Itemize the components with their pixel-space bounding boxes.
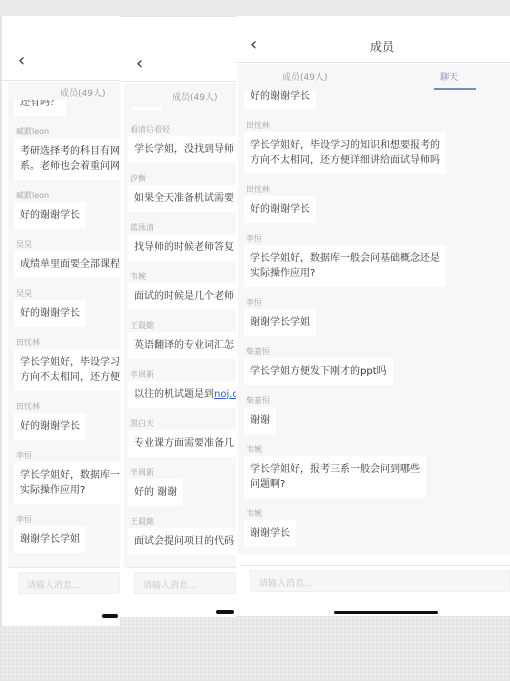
message-bubble: 英语翻译的专业词汇怎 [128, 332, 236, 359]
message-list[interactable]: 好的谢谢学长 田忱林学长学姐好，毕设学习的知识和想要报考的 方向不太相同，还方便… [244, 84, 510, 554]
chat-screen-1: ‹ 还有吗？ 臧默leon考研选择考的科目有网 系。老师也会着重问网 臧默leo… [2, 16, 120, 626]
nav-header: ‹ [120, 17, 236, 82]
message-bubble: 好的谢谢学长 [14, 413, 86, 440]
message-item: 田忱林学长学姐好，毕设学习 方向不太相同，还方便 [14, 336, 120, 391]
message-bubble: 谢谢 [244, 407, 276, 434]
message-item: 黑白天专业课方面需要准备几 [128, 417, 236, 457]
message-list[interactable]: 看清后看轻学长学姐，没找到导师 汐衡如果全天准备机试需要 蓝泳清找导师的时候老师… [128, 123, 236, 564]
home-indicator [102, 614, 118, 618]
message-item: 吴昊好的谢谢学长 [14, 287, 120, 327]
message-item: 臧默leon考研选择考的科目有网 系。老师也会着重问网 [14, 125, 120, 180]
tab-bar: 成员(49人) [8, 82, 120, 100]
message-input[interactable]: 请输入消息... [134, 572, 236, 594]
message-item: 李恒谢谢学长学姐 [14, 513, 120, 553]
message-item: 柴嘉恒谢谢 [244, 394, 510, 434]
message-text: 以往的机试题是到 [134, 389, 214, 400]
sender-name: 田忱林 [16, 336, 120, 349]
message-bubble: 好的 谢谢 [128, 479, 183, 506]
sender-name: 臧默leon [16, 125, 120, 138]
message-bubble-fragment [132, 107, 162, 111]
tab-members[interactable]: 成员(49人) [172, 90, 217, 103]
message-link[interactable]: noj.c [214, 389, 236, 400]
sender-name: 黑白天 [130, 417, 236, 430]
nav-header: ‹ [2, 16, 120, 81]
chat-screen-2: ‹ 成员(49人) 看清后看轻学长学姐，没找到导师 汐衡如果全天准备机试需要 蓝… [120, 17, 236, 617]
tab-bar: 成员(49人) [124, 83, 236, 111]
message-item: 汐衡如果全天准备机试需要 [128, 172, 236, 212]
message-item: 李恒学长学姐好，数据库一般会问基础概念还是 实际操作应用? [244, 232, 510, 287]
message-bubble: 学长学姐好，毕设学习 方向不太相同，还方便 [14, 349, 120, 391]
chat-screen-3: ‹ 成员 好的谢谢学长 田忱林学长学姐好，毕设学习的知识和想要报考的 方向不太相… [236, 16, 510, 616]
message-item: 韦婉面试的时候是几个老师 [128, 270, 236, 310]
tab-chat[interactable]: 聊天 [440, 70, 458, 83]
sender-name: 韦婉 [246, 507, 510, 520]
message-bubble: 学长学姐好，毕设学习的知识和想要报考的 方向不太相同，还方便详细讲给面试导师吗 [244, 132, 446, 174]
tab-members[interactable]: 成员(49人) [60, 86, 105, 99]
message-input[interactable]: 请输入消息... [18, 572, 120, 594]
message-bubble: 好的谢谢学长 [244, 196, 316, 223]
divider [8, 567, 120, 568]
message-item: 田忱林好的谢谢学长 [14, 400, 120, 440]
divider [240, 565, 510, 566]
divider [126, 567, 236, 568]
message-bubble: 谢谢学长学姐 [244, 309, 316, 336]
message-bubble: 好的谢谢学长 [14, 202, 86, 229]
message-bubble: 学长学姐，没找到导师 [128, 136, 236, 163]
nav-header: ‹ 成员 [236, 16, 510, 63]
sender-name: 看清后看轻 [130, 123, 236, 136]
sender-name: 李恒 [16, 513, 120, 526]
chat-body: 好的谢谢学长 田忱林学长学姐好，毕设学习的知识和想要报考的 方向不太相同，还方便… [238, 64, 510, 554]
tab-bar: 成员(49人) 聊天 [238, 64, 510, 90]
home-indicator [334, 611, 438, 614]
message-item: 柴嘉恒学长学姐方便发下刚才的ppt吗 [244, 345, 510, 385]
sender-name: 蓝泳清 [130, 221, 236, 234]
message-bubble: 以往的机试题是到noj.c [128, 381, 236, 408]
chat-body: 还有吗？ 臧默leon考研选择考的科目有网 系。老师也会着重问网 臧默leon好… [8, 82, 120, 567]
message-bubble: 学长学姐好，数据库一 实际操作应用? [14, 462, 120, 504]
page-title: 成员 [370, 38, 394, 55]
sender-name: 吴昊 [16, 287, 120, 300]
sender-name: 李恒 [246, 296, 510, 309]
message-bubble: 面试会提问项目的代码 [128, 528, 236, 555]
message-bubble: 专业课方面需要准备几 [128, 430, 236, 457]
chat-body: 成员(49人) 看清后看轻学长学姐，没找到导师 汐衡如果全天准备机试需要 蓝泳清… [124, 83, 236, 568]
message-bubble: 学长学姐好，数据库一般会问基础概念还是 实际操作应用? [244, 245, 446, 287]
sender-name: 王晨懿 [130, 515, 236, 528]
message-input[interactable]: 请输入消息... [250, 570, 510, 592]
message-item: 臧默leon好的谢谢学长 [14, 189, 120, 229]
sender-name: 韦婉 [246, 443, 510, 456]
message-bubble: 谢谢学长学姐 [14, 526, 86, 553]
sender-name: 韦婉 [130, 270, 236, 283]
sender-name: 柴嘉恒 [246, 345, 510, 358]
sender-name: 田忱林 [246, 119, 510, 132]
sender-name: 王晨懿 [130, 319, 236, 332]
message-bubble: 学长学姐方便发下刚才的ppt吗 [244, 358, 393, 385]
message-bubble: 面试的时候是几个老师 [128, 283, 236, 310]
background-strip [0, 0, 510, 16]
sender-name: 李恒 [16, 449, 120, 462]
sender-name: 臧默leon [16, 189, 120, 202]
message-item: 田忱林好的谢谢学长 [244, 183, 510, 223]
message-item: 辛周新以往的机试题是到noj.c [128, 368, 236, 408]
message-item: 吴昊成绩单里面要全部课程 [14, 238, 120, 278]
message-bubble: 考研选择考的科目有网 系。老师也会着重问网 [14, 138, 120, 180]
sender-name: 辛周新 [130, 466, 236, 479]
message-bubble: 学长学姐好，报考三系一般会问到哪些 问题啊? [244, 456, 426, 498]
message-bubble: 好的谢谢学长 [14, 300, 86, 327]
sender-name: 李恒 [246, 232, 510, 245]
back-chevron-icon[interactable]: ‹ [136, 55, 143, 73]
message-bubble: 谢谢学长 [244, 520, 296, 547]
message-bubble: 好的谢谢学长 [244, 89, 316, 110]
message-item: 辛周新好的 谢谢 [128, 466, 236, 506]
back-chevron-icon[interactable]: ‹ [250, 36, 257, 54]
back-chevron-icon[interactable]: ‹ [18, 52, 25, 70]
message-item: 李恒学长学姐好，数据库一 实际操作应用? [14, 449, 120, 504]
message-item: 田忱林学长学姐好，毕设学习的知识和想要报考的 方向不太相同，还方便详细讲给面试导… [244, 119, 510, 174]
message-item: 李恒谢谢学长学姐 [244, 296, 510, 336]
message-item: 王晨懿面试会提问项目的代码 [128, 515, 236, 555]
message-bubble: 找导师的时候老师答复 [128, 234, 236, 261]
sender-name: 田忱林 [16, 400, 120, 413]
message-bubble: 如果全天准备机试需要 [128, 185, 236, 212]
sender-name: 辛周新 [130, 368, 236, 381]
message-item: 王晨懿英语翻译的专业词汇怎 [128, 319, 236, 359]
message-bubble: 成绩单里面要全部课程 [14, 251, 120, 278]
message-item: 韦婉学长学姐好，报考三系一般会问到哪些 问题啊? [244, 443, 510, 498]
message-item: 看清后看轻学长学姐，没找到导师 [128, 123, 236, 163]
sender-name: 汐衡 [130, 172, 236, 185]
home-indicator [216, 610, 234, 614]
message-list[interactable]: 还有吗？ 臧默leon考研选择考的科目有网 系。老师也会着重问网 臧默leon好… [14, 90, 120, 562]
message-item: 韦婉谢谢学长 [244, 507, 510, 547]
active-tab-indicator [434, 88, 476, 90]
sender-name: 柴嘉恒 [246, 394, 510, 407]
sender-name: 田忱林 [246, 183, 510, 196]
message-item: 蓝泳清找导师的时候老师答复 [128, 221, 236, 261]
tab-members[interactable]: 成员(49人) [282, 70, 327, 83]
sender-name: 吴昊 [16, 238, 120, 251]
